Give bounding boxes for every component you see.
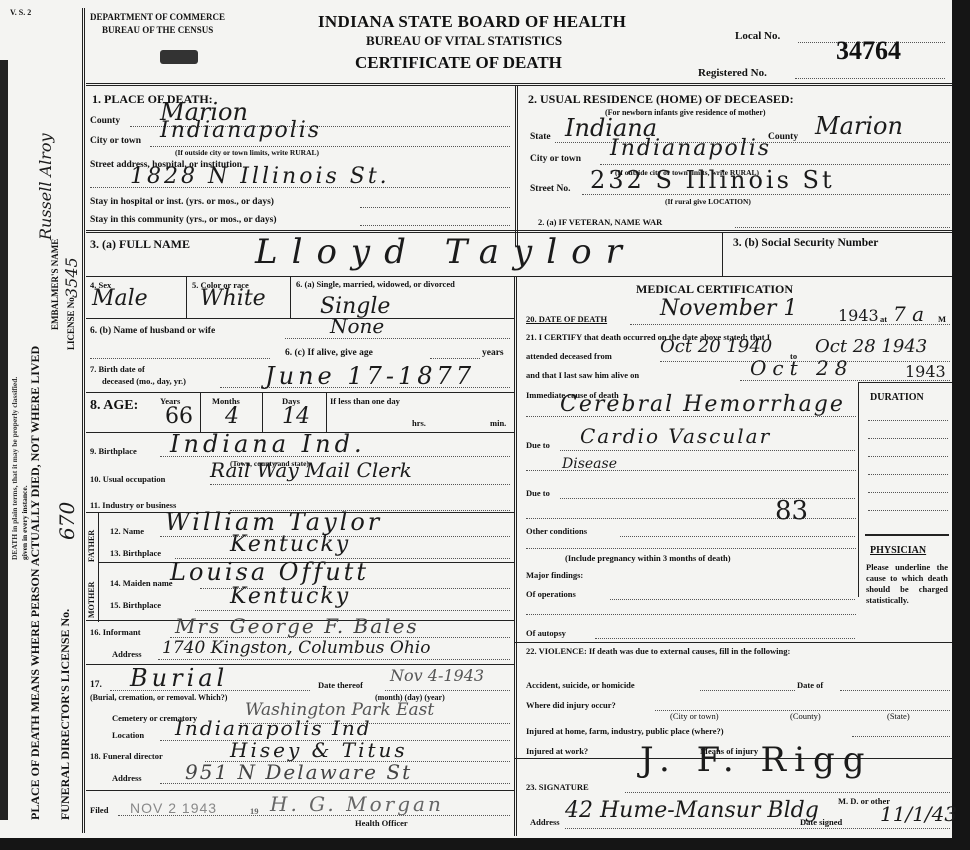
attended-from-value: Oct 20 1940 <box>660 336 772 357</box>
certificate-title: CERTIFICATE OF DEATH <box>355 53 562 73</box>
birth-label-2: deceased (mo., day, yr.) <box>102 376 186 386</box>
time-label: at <box>880 314 887 324</box>
date-of-death-value: November 1 <box>660 296 797 321</box>
residence-street-note: (If rural give LOCATION) <box>665 197 751 206</box>
min-label: min. <box>490 418 506 428</box>
city-label: City or town <box>90 136 141 146</box>
violence-label: 22. VIOLENCE: If death was due to extern… <box>526 646 946 657</box>
scan-border-bottom <box>0 838 970 850</box>
full-name-value: Lloyd Taylor <box>255 232 636 272</box>
occupation-value: Rail Way Mail Clerk <box>210 458 412 482</box>
physician-signature: J. F. Rigg <box>640 740 873 780</box>
major-findings-label: Major findings: <box>526 570 583 580</box>
residence-city-label: City or town <box>530 154 581 164</box>
embalmer-license-label: LICENSE No. <box>66 295 76 350</box>
disposition-number: 17. <box>90 680 102 690</box>
scan-border-left <box>0 60 8 820</box>
margin-divider <box>82 8 85 833</box>
death-year-value: 1943 <box>838 306 879 325</box>
date-signed-label: Date signed <box>800 817 842 827</box>
state-label: State <box>530 132 551 142</box>
mother-name-label: 14. Maiden name <box>110 578 173 588</box>
last-saw-value: Oct 28 <box>750 356 853 380</box>
date-signed-value: 11/1/43 <box>880 802 957 826</box>
accident-label: Accident, suicide, or homicide <box>526 680 635 690</box>
ssn-label: 3. (b) Social Security Number <box>733 237 878 249</box>
stay-community-label: Stay in this community (yrs., or mos., o… <box>90 215 277 225</box>
physician-address-label: Address <box>530 817 560 827</box>
county-label: County <box>90 116 120 126</box>
funeral-director-address-label: Address <box>112 773 142 783</box>
due-to-label-2: Due to <box>526 488 550 498</box>
due-to-value-1b: Disease <box>562 456 617 472</box>
bureau-census-label: BUREAU OF THE CENSUS <box>102 25 213 35</box>
pregnancy-note: (Include pregnancy within 3 months of de… <box>565 553 731 563</box>
where-county-note: (County) <box>790 711 821 721</box>
stay-hospital-label: Stay in hospital or inst. (yrs. or mos.,… <box>90 197 274 207</box>
last-saw-label: and that I last saw him alive on <box>526 370 639 380</box>
age-months-value: 4 <box>225 404 239 429</box>
scan-border-right <box>952 0 970 850</box>
disposition-date-value: Nov 4-1943 <box>390 666 484 685</box>
occupation-label: 10. Usual occupation <box>90 474 165 484</box>
filed-date-stamp: NOV 2 1943 <box>130 800 217 816</box>
duration-label: DURATION <box>870 392 924 403</box>
margin-instructions-1: DEATH in plain terms, that it may be pro… <box>10 377 19 560</box>
residence-city-value: Indianapolis <box>610 136 771 161</box>
autopsy-label: Of autopsy <box>526 628 566 638</box>
operations-label: Of operations <box>526 589 576 599</box>
funeral-director-value: Hisey & Titus <box>230 738 408 762</box>
age-years-value: 66 <box>165 404 193 429</box>
age-days-value: 14 <box>282 404 310 429</box>
veteran-label: 2. (a) IF VETERAN, NAME WAR <box>538 217 662 227</box>
father-tag: FATHER <box>87 530 96 562</box>
due-to-value-1: Cardio Vascular <box>580 424 771 448</box>
mother-name-value: Louisa Offutt <box>170 558 369 586</box>
location-label: Location <box>112 730 144 740</box>
health-officer-label: Health Officer <box>355 818 408 828</box>
funeral-license-value: 670 <box>55 502 79 540</box>
death-street-value: 1828 N Illinois St. <box>130 164 390 189</box>
informant-value: Mrs George F. Bales <box>175 614 419 638</box>
cause-code-value: 83 <box>775 496 808 526</box>
father-name-label: 12. Name <box>110 526 144 536</box>
time-value: 7 a <box>893 302 924 326</box>
injured-place-label: Injured at home, farm, industry, public … <box>526 726 724 736</box>
funeral-license-label: FUNERAL DIRECTOR'S LICENSE No. <box>58 609 73 820</box>
health-officer-signature: H. G. Morgan <box>270 792 444 816</box>
immediate-cause-value: Cerebral Hemorrhage <box>560 392 845 417</box>
informant-address-label: Address <box>112 649 142 659</box>
residence-heading: 2. USUAL RESIDENCE (HOME) OF DECEASED: <box>528 92 794 107</box>
place-of-death-note: PLACE OF DEATH MEANS WHERE PERSON ACTUAL… <box>28 346 43 820</box>
last-saw-year: 1943 <box>905 362 946 381</box>
injured-work-label: Injured at work? <box>526 746 588 756</box>
time-suffix: M <box>938 314 946 324</box>
registered-no-label: Registered No. <box>698 67 767 79</box>
hrs-label: hrs. <box>412 418 426 428</box>
physician-address-value: 42 Hume-Mansur Bldg <box>565 798 819 823</box>
birth-date-value: June 17-1877 <box>265 362 475 390</box>
filed-label: Filed <box>90 805 108 815</box>
city-note: (If outside city or town limits, write R… <box>175 148 319 157</box>
where-state-note: (State) <box>887 711 910 721</box>
local-no-label: Local No. <box>735 30 780 42</box>
less-than-day-label: If less than one day <box>330 396 400 406</box>
board-title: INDIANA STATE BOARD OF HEALTH <box>318 12 626 32</box>
census-seal-icon <box>160 50 198 64</box>
physician-title: PHYSICIAN <box>870 545 926 556</box>
local-no-value: 34764 <box>836 36 901 66</box>
residence-county-label: County <box>768 132 798 142</box>
date-of-label: Date of <box>797 680 823 690</box>
age-label: 8. AGE: <box>90 398 138 414</box>
mother-birthplace-label: 15. Birthplace <box>110 600 161 610</box>
birthplace-label: 9. Birthplace <box>90 446 137 456</box>
where-injury-label: Where did injury occur? <box>526 700 616 710</box>
attended-to-value: Oct 28 1943 <box>815 336 927 357</box>
embalmer-name-value: Russell Alroy <box>36 133 55 240</box>
date-of-death-label: 20. DATE OF DEATH <box>526 314 607 324</box>
form-code: V. S. 2 <box>10 8 31 17</box>
spouse-label: 6. (b) Name of husband or wife <box>90 326 215 336</box>
mother-birthplace-value: Kentucky <box>230 584 350 609</box>
medical-certification-title: MEDICAL CERTIFICATION <box>636 282 793 297</box>
funeral-director-label: 18. Funeral director <box>90 751 163 761</box>
physician-note: Please underline the cause to which deat… <box>866 562 948 606</box>
other-conditions-label: Other conditions <box>526 526 587 536</box>
race-value: White <box>200 286 266 311</box>
sex-value: Male <box>92 286 148 311</box>
industry-label: 11. Industry or business <box>90 500 176 510</box>
department-label: DEPARTMENT OF COMMERCE <box>90 12 225 22</box>
marital-label: 6. (a) Single, married, widowed, or divo… <box>296 280 506 289</box>
mother-tag: MOTHER <box>87 582 96 618</box>
due-to-label-1: Due to <box>526 440 550 450</box>
residence-county-value: Marion <box>815 112 903 140</box>
informant-label: 16. Informant <box>90 627 141 637</box>
father-birthplace-label: 13. Birthplace <box>110 548 161 558</box>
embalmer-name-label: EMBALMER'S NAME <box>50 239 60 330</box>
disposition-method-value: Burial <box>130 664 228 692</box>
full-name-label: 3. (a) FULL NAME <box>90 237 190 252</box>
attended-label: attended deceased from <box>526 351 612 361</box>
residence-street-value: 232 S Illinois St <box>590 166 835 194</box>
disposition-date-label: Date thereof <box>318 680 363 690</box>
birth-label-1: 7. Birth date of <box>90 364 145 374</box>
spouse-age-label: 6. (c) If alive, give age <box>285 348 373 358</box>
informant-address-value: 1740 Kingston, Columbus Ohio <box>162 638 430 658</box>
filed-suffix: 19 <box>250 806 259 816</box>
where-city-note: (City or town) <box>670 711 719 721</box>
spouse-value: None <box>330 314 384 338</box>
father-birthplace-value: Kentucky <box>230 532 350 557</box>
disposition-method-note: (Burial, cremation, or removal. Which?) <box>90 693 227 702</box>
signature-label: 23. SIGNATURE <box>526 782 589 792</box>
location-value: Indianapolis Ind <box>175 716 372 740</box>
birthplace-value: Indiana Ind. <box>170 430 366 458</box>
embalmer-license-value: 3545 <box>62 257 81 298</box>
death-city-value: Indianapolis <box>160 118 321 143</box>
funeral-director-address-value: 951 N Delaware St <box>185 760 412 784</box>
bureau-vital-title: BUREAU OF VITAL STATISTICS <box>366 33 562 49</box>
spouse-age-unit: years <box>482 348 504 358</box>
residence-street-label: Street No. <box>530 184 570 194</box>
